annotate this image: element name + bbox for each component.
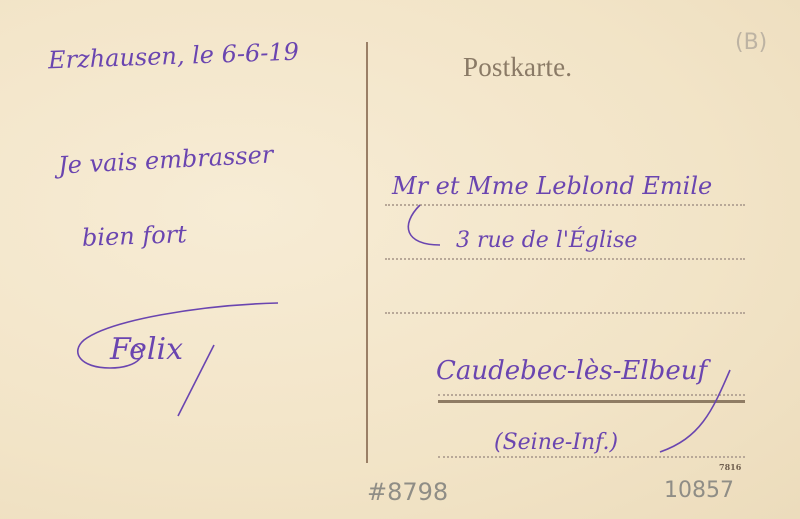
- message-signature: Felix: [110, 332, 183, 367]
- city-underline: [438, 400, 745, 403]
- address-line-1: [385, 204, 745, 206]
- postcard-back: Postkarte. Erzhausen, le 6-6-19 Je vais …: [0, 0, 800, 519]
- address-recipient: Mr et Mme Leblond Emile: [392, 172, 712, 200]
- address-department: (Seine-Inf.): [494, 430, 618, 455]
- message-line-1: Je vais embrasser: [57, 140, 274, 179]
- message-place-date: Erzhausen, le 6-6-19: [48, 38, 300, 75]
- address-line-5: [438, 456, 745, 458]
- address-line-2: [385, 258, 745, 260]
- pencil-note-top-right: (B): [735, 30, 767, 55]
- message-line-2: bien fort: [82, 220, 188, 252]
- address-city: Caudebec-lès-Elbeuf: [436, 356, 707, 386]
- center-divider-line: [366, 42, 368, 463]
- postcard-title: Postkarte.: [463, 52, 572, 83]
- pencil-note-inventory: #8798: [367, 478, 448, 506]
- pencil-note-reference: 10857: [664, 478, 734, 503]
- address-street: 3 rue de l'Église: [456, 228, 637, 253]
- print-number: 7816: [719, 462, 741, 472]
- address-line-3: [385, 312, 745, 314]
- address-line-4: [438, 394, 745, 396]
